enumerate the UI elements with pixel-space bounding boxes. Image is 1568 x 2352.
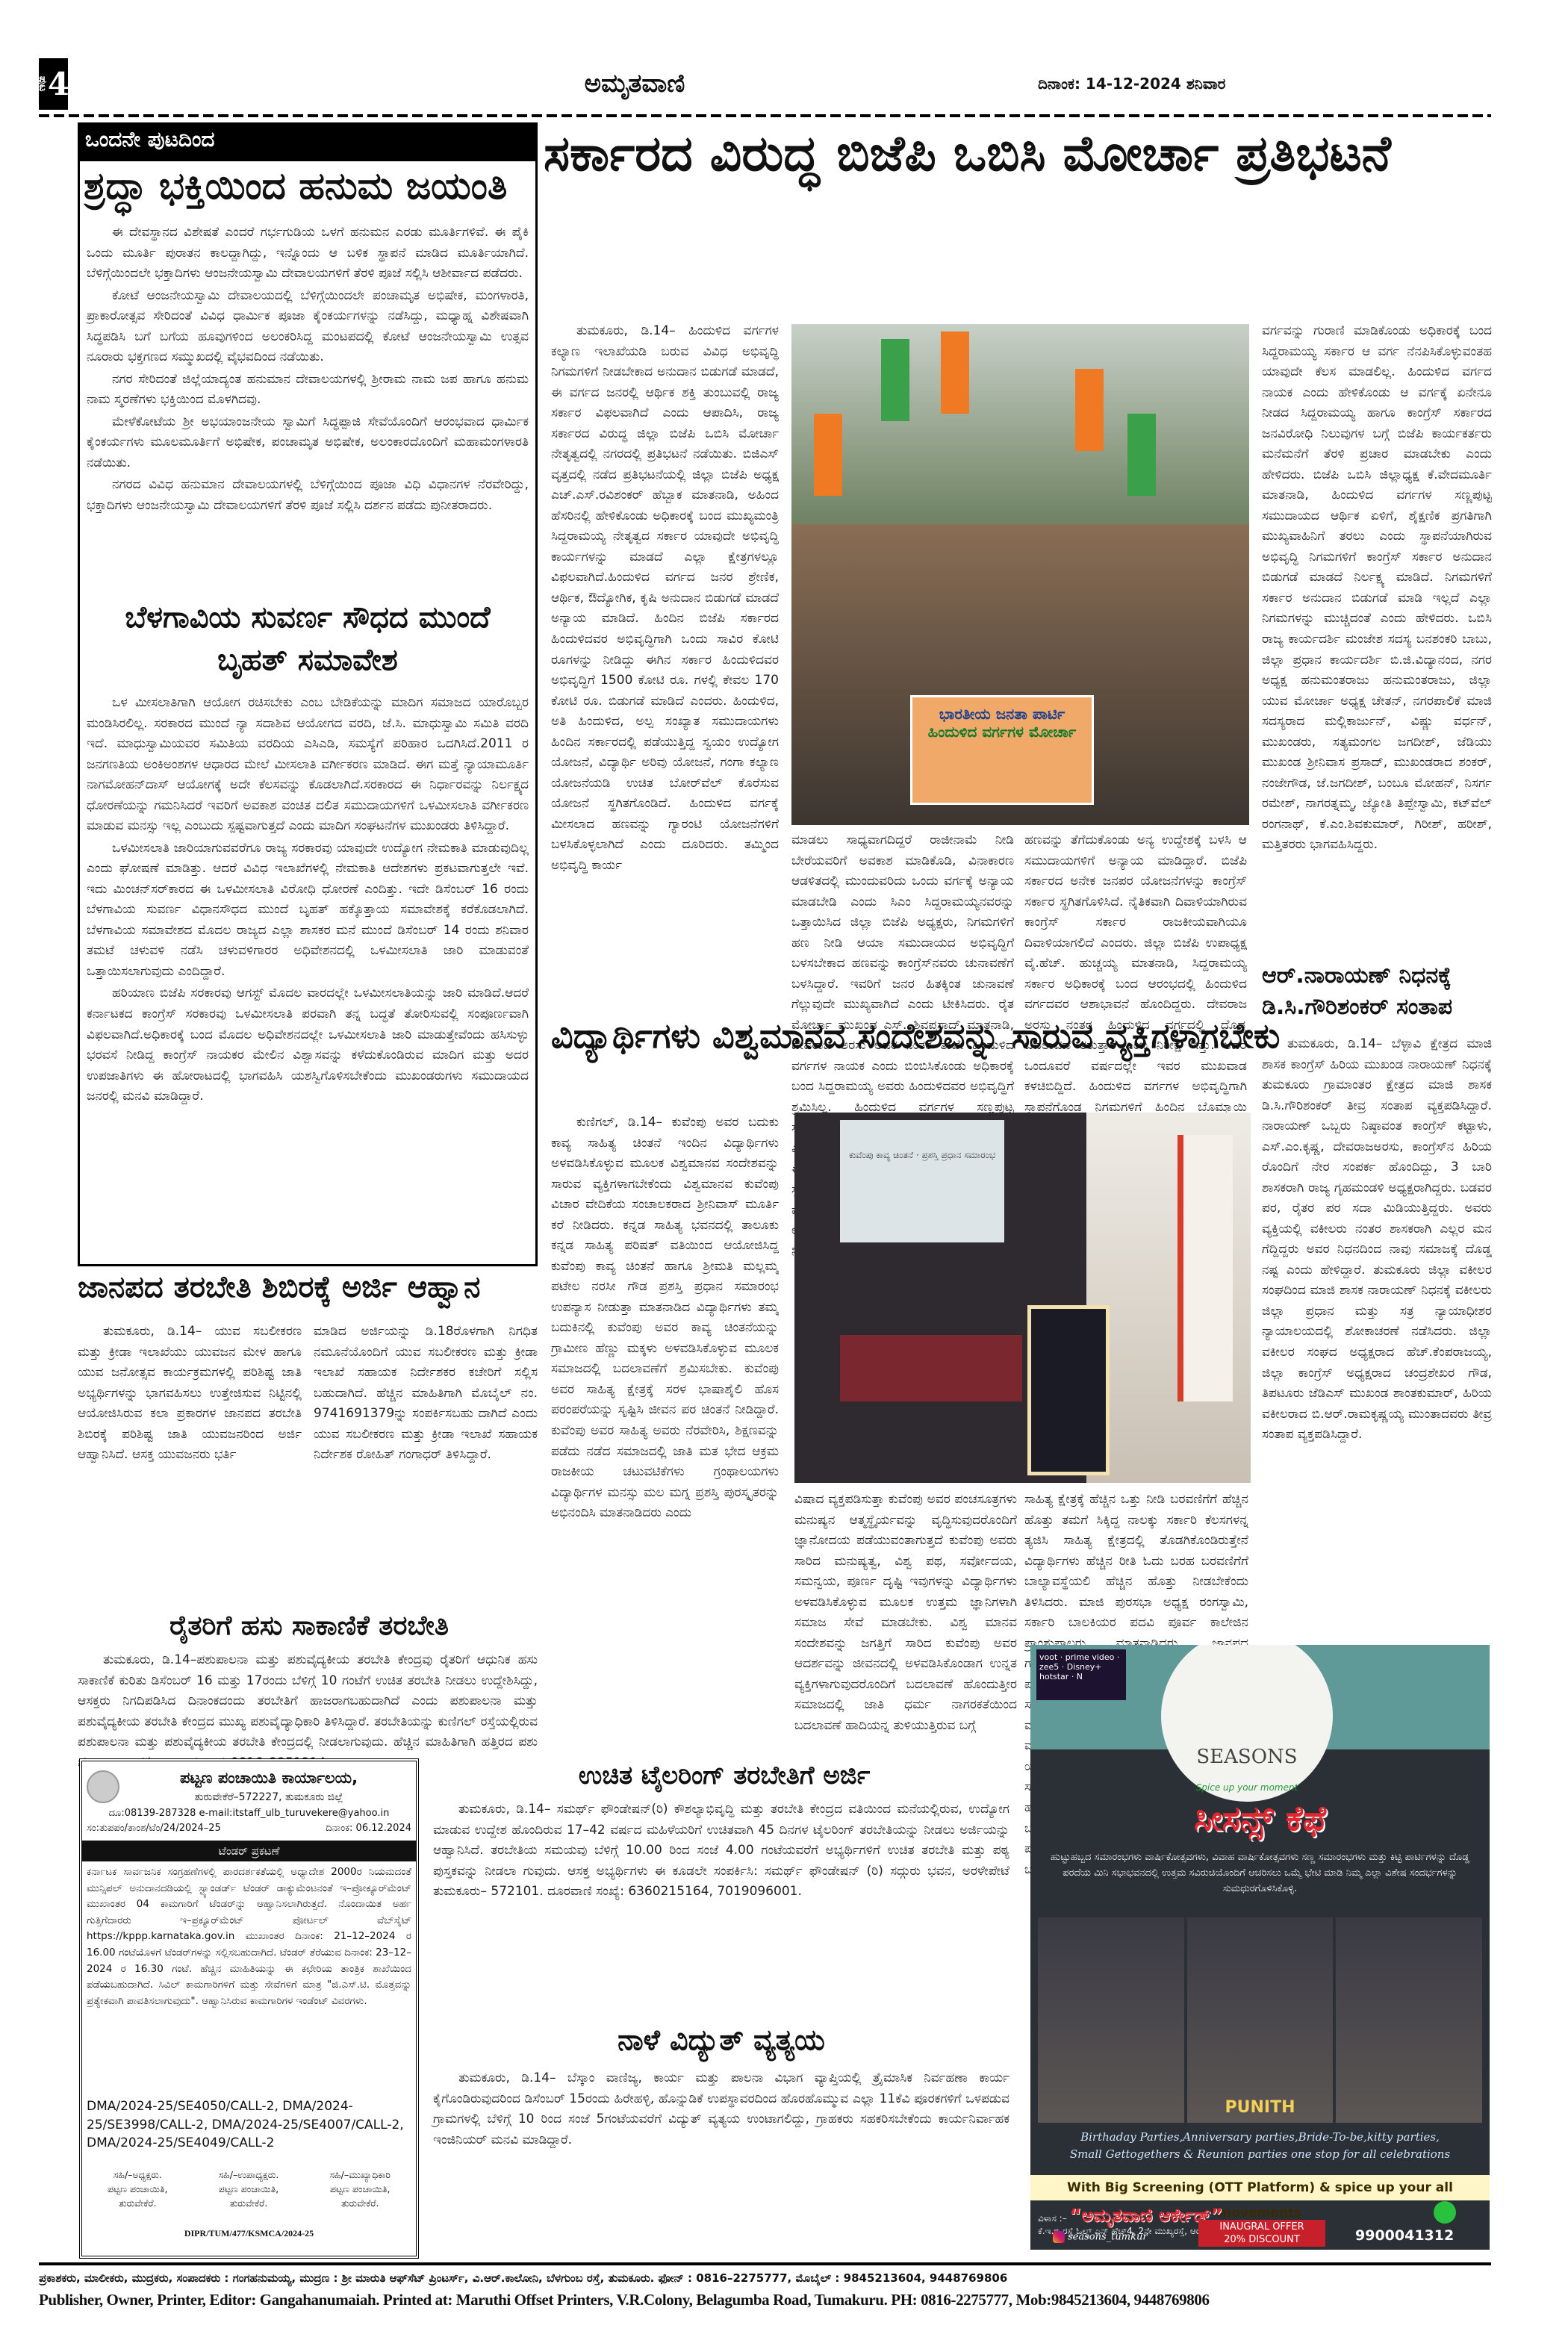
tailoring-article: ತುಮಕೂರು, ಡಿ.14– ಸಮರ್ಥ್ ಫೌಂಡೇಷನ್(ರಿ) ಕೌಶಲ… — [433, 1799, 1009, 1903]
janapada-article-col2: ಮಾಡಿದ ಅರ್ಜಿಯನ್ನು ಡಿ.18ರೊಳಗಾಗಿ ನಿಗಧಿತ ನಮೂ… — [314, 1322, 538, 1466]
banner-line: ಹಿಂದುಳಿದ ವರ್ಗಗಳ ಮೋರ್ಚಾ — [912, 723, 1091, 741]
tender-notice: ಪಟ್ಟಣ ಪಂಚಾಯಿತಿ ಕಾರ್ಯಾಲಯ, ತುರುವೇಕೆರೆ–5722… — [79, 1758, 419, 2259]
protest-banner: ಭಾರತೀಯ ಜನತಾ ಪಾರ್ಟಿ ಹಿಂದುಳಿದ ವರ್ಗಗಳ ಮೋರ್ಚ… — [910, 695, 1093, 806]
tender-office: ಪಟ್ಟಣ ಪಂಚಾಯಿತಿ ಕಾರ್ಯಾಲಯ, — [127, 1769, 411, 1788]
tender-ref-row: ಸಂ:ತುಪಪಂ/ತಾಂಶ/ಟೆಂ/24/2024–25 ದಿನಾಂಕ: 06.… — [82, 1823, 416, 1839]
flag-icon — [941, 332, 969, 414]
ott-screening-banner: With Big Screening (OTT Platform) & spic… — [1030, 2175, 1490, 2200]
janapada-headline: ಜಾನಪದ ತರಬೇತಿ ಶಿಬಿರಕ್ಕೆ ಅರ್ಜಿ ಆಹ್ವಾನ — [78, 1271, 541, 1304]
tender-body: ಕರ್ನಾಟಕ ಸಾರ್ವಜನಿಕ ಸಂಗ್ರಹಣೆಗಳಲ್ಲಿ ಪಾರದರ್ಶ… — [82, 1864, 416, 2009]
signatory: ಸಹಿ/–ಉಪಾಧ್ಯಕ್ಷರು.ಪಟ್ಟಣ ಪಂಚಾಯಿತಿ,ತುರುವೇಕೆ… — [219, 2168, 279, 2210]
venue-photo-grid: PUNITH — [1038, 1917, 1482, 2123]
name-marquee: PUNITH — [1187, 2098, 1334, 2117]
masthead: ಅಮೃತವಾಣಿ — [448, 69, 821, 99]
ad-description: ಹುಟ್ಟುಹಬ್ಬದ ಸಮಾರಂಭಗಳು ವಾರ್ಷಿಕೋತ್ಸವಗಳು, ವ… — [1045, 1850, 1475, 1897]
whatsapp-icon — [1434, 2201, 1456, 2224]
ad-phone: 9900041312 — [1355, 2227, 1454, 2244]
article-paragraph: ನಗರ ಸೇರಿದಂತೆ ಜಿಲ್ಲೆಯಾದ್ಯಂತ ಹನುಮಾನ ದೇವಾಲಯ… — [87, 370, 529, 411]
venue-photo — [1038, 1917, 1184, 2123]
tree-logo-icon — [1161, 1645, 1333, 1802]
banner-line: ಭಾರತೀಯ ಜನತಾ ಪಾರ್ಟಿ — [912, 705, 1091, 723]
flag-icon — [1127, 414, 1156, 496]
kuvempu-event-photo: ಕುವೆಂಪು ಕಾವ್ಯ ಚಿಂತನೆ · ಪ್ರಶಸ್ತಿ ಪ್ರಧಾನ ಸ… — [794, 1113, 1251, 1483]
protest-photo: ಭಾರತೀಯ ಜನತಾ ಪಾರ್ಟಿ ಹಿಂದುಳಿದ ವರ್ಗಗಳ ಮೋರ್ಚ… — [791, 324, 1249, 825]
kuvempu-article-col1: ಕುಣಿಗಲ್, ಡಿ.14– ಕುವೆಂಪು ಅವರ ಬದುಕು ಕಾವ್ಯ … — [551, 1113, 779, 1620]
belagavi-headline-line1: ಬೆಳಗಾವಿಯ ಸುವರ್ಣ ಸೌಧದ ಮುಂದೆ — [84, 601, 532, 634]
inaugural-offer: INAUGRAL OFFER 20% DISCOUNT — [1198, 2220, 1325, 2247]
govt-emblem-icon — [87, 1770, 119, 1803]
speaker-figure — [1177, 1135, 1232, 1401]
tender-signatories: ಸಹಿ/–ಅಧ್ಯಕ್ಷರು.ಪಟ್ಟಣ ಪಂಚಾಯಿತಿ,ತುರುವೇಕೆರೆ… — [82, 2168, 416, 2210]
signatory: ಸಹಿ/–ಮುಖ್ಯಾಧಿಕಾರಿಪಟ್ಟಣ ಪಂಚಾಯಿತಿ,ತುರುವೇಕೆ… — [329, 2168, 391, 2210]
dipr-code: DIPR/TUM/477/KSMCA/2024-25 — [82, 2228, 416, 2239]
seasons-cafe-ad: voot · prime video · zee5 · Disney+ hots… — [1030, 1645, 1490, 2250]
venue-photo: PUNITH — [1187, 1917, 1334, 2123]
main-article-col4: ವರ್ಗವನ್ನು ಗುರಾಣಿ ಮಾಡಿಕೊಂಡು ಅಧಿಕಾರಕ್ಕೆ ಬಂ… — [1262, 321, 1492, 941]
tender-codes: DMA/2024-25/SE4050/CALL-2, DMA/2024-25/S… — [82, 2097, 416, 2153]
garlanded-portrait — [1027, 1305, 1110, 1475]
instagram-handle: seasons_tumkur — [1053, 2231, 1148, 2243]
main-headline: ಸರ್ಕಾರದ ವಿರುದ್ಧ ಬಿಜೆಪಿ ಒಬಿಸಿ ಮೋರ್ಚಾ ಪ್ರತ… — [544, 127, 1493, 181]
belagavi-headline-line2: ಬೃಹತ್ ಸಮಾವೇಶ — [84, 644, 532, 676]
footer-divider — [39, 2262, 1491, 2265]
instagram-icon — [1053, 2231, 1065, 2243]
header-divider — [39, 114, 1491, 117]
flag-icon — [881, 339, 909, 421]
page-label: ಪುಟ — [37, 76, 48, 92]
issue-date: ದಿನಾಂಕ: 14-12-2024 ಶನಿವಾರ — [1038, 75, 1456, 93]
dais-table — [840, 1335, 1022, 1401]
cafe-tagline: Spice up your moment — [1161, 1782, 1333, 1793]
narayan-headline-line1: ಆರ್.ನಾರಾಯಣ್ ನಿಧನಕ್ಕೆ — [1262, 963, 1493, 988]
power-cut-headline: ನಾಳೆ ವಿದ್ಯುತ್ ವ್ಯತ್ಯಯ — [433, 2025, 1009, 2056]
tender-address: ತುರುವೇಕೆರೆ–572227, ತುಮಕೂರು ಜಿಲ್ಲೆ — [127, 1791, 411, 1803]
tender-title: ಟೆಂಡರ್ ಪ್ರಕಟಣೆ — [82, 1841, 416, 1861]
cattle-training-headline: ರೈತರಿಗೆ ಹಸು ಸಾಕಾಣಿಕೆ ತರಬೇತಿ — [78, 1611, 541, 1641]
flag-icon — [1075, 369, 1104, 451]
venue-photo — [1336, 1917, 1482, 2123]
article-paragraph: ನಗರದ ವಿವಿಧ ಹನುಮಾನ ದೇವಾಲಯಗಳಲ್ಲಿ ಬೆಳಿಗ್ಗೆಯ… — [87, 475, 529, 516]
cafe-logo-text: SEASONS — [1161, 1746, 1333, 1768]
event-backdrop: ಕುವೆಂಪು ಕಾವ್ಯ ಚಿಂತನೆ · ಪ್ರಶಸ್ತಿ ಪ್ರಧಾನ ಸ… — [840, 1120, 1004, 1242]
cattle-training-article: ತುಮಕೂರು, ಡಿ.14–ಪಶುಪಾಲನಾ ಮತ್ತು ಪಶುವೈದ್ಯಕೀ… — [78, 1650, 538, 1773]
signatory: ಸಹಿ/–ಅಧ್ಯಕ್ಷರು.ಪಟ್ಟಣ ಪಂಚಾಯಿತಿ,ತುರುವೇಕೆರೆ… — [108, 2168, 167, 2210]
photo-background — [791, 324, 1249, 524]
narayan-headline-line2: ಡಿ.ಸಿ.ಗೌರಿಶಂಕರ್ ಸಂತಾಪ — [1262, 995, 1493, 1019]
article-paragraph: ಕೋಟೆ ಆಂಜನೇಯಸ್ವಾಮಿ ದೇವಾಲಯದಲ್ಲಿ ಬೆಳಿಗ್ಗೆಯಿ… — [87, 286, 529, 368]
imprint-kannada: ಪ್ರಕಾಶಕರು, ಮಾಲೀಕರು, ಮುದ್ರಕರು, ಸಂಪಾದಕರು :… — [39, 2271, 1491, 2285]
janapada-article-col1: ತುಮಕೂರು, ಡಿ.14– ಯುವ ಸಬಲೀಕರಣ ಮತ್ತು ಕ್ರೀಡಾ… — [78, 1322, 302, 1466]
kuvempu-headline: ವಿದ್ಯಾರ್ಥಿಗಳು ವಿಶ್ವಮಾನವ ಸಂದೇಶವನ್ನು ಸಾರುವ… — [551, 1017, 1257, 1055]
article-paragraph: ಹರಿಯಾಣ ಬಿಜೆಪಿ ಸರಕಾರವು ಆಗಸ್ಟ್ ಮೊದಲ ವಾರದಲ್… — [87, 983, 529, 1107]
article-paragraph: ಈ ದೇವಸ್ಥಾನದ ವಿಶೇಷತೆ ಎಂದರೆ ಗರ್ಭಗುಡಿಯ ಒಳಗೆ… — [87, 223, 529, 284]
continued-from-front-label: ಒಂದನೇ ಪುಟದಿಂದ — [78, 122, 538, 161]
ott-logos: voot · prime video · zee5 · Disney+ hots… — [1036, 1649, 1126, 1700]
flag-icon — [814, 414, 842, 496]
article-paragraph: ಮೇಳೆಕೋಟೆಯ ಶ್ರೀ ಅಭಯಾಂಜನೇಯ ಸ್ವಾಮಿಗೆ ಸಿದ್ಧಪ… — [87, 412, 529, 474]
imprint-english: Publisher, Owner, Printer, Editor: Ganga… — [39, 2291, 1491, 2309]
article-paragraph: ಒಳಮೀಸಲಾತಿ ಜಾರಿಯಾಗುವವರೆಗೂ ರಾಜ್ಯ ಸರಕಾರವು ಯ… — [87, 839, 529, 983]
tender-contact: ದೂ:08139-287328 e-mail:itstaff_ulb_turuv… — [82, 1808, 416, 1819]
power-cut-article: ತುಮಕೂರು, ಡಿ.14– ಬೆಸ್ಕಾಂ ವಾಣಿಜ್ಯ, ಕಾರ್ಯ ಮ… — [433, 2068, 1009, 2150]
tailoring-headline: ಉಚಿತ ಟೈಲರಿಂಗ್ ತರಬೇತಿಗೆ ಅರ್ಜಿ — [433, 1762, 1015, 1790]
belagavi-article: ಒಳ ಮೀಸಲಾತಿಗಾಗಿ ಆಯೋಗ ರಚಿಸಬೇಕು ಎಂಬ ಬೇಡಿಕೆಯ… — [87, 693, 529, 1109]
page-number-box: ಪುಟ 4 — [39, 58, 68, 110]
main-article-col1: ತುಮಕೂರು, ಡಿ.14– ಹಿಂದುಳಿದ ವರ್ಗಗಳ ಕಲ್ಯಾಣ ಇ… — [551, 321, 779, 876]
narayan-article: ತುಮಕೂರು, ಡಿ.14– ಬೆಳ್ಳಾವಿ ಕ್ಷೇತ್ರದ ಮಾಜಿ ಶ… — [1262, 1034, 1492, 1631]
tender-ref-number: ಸಂ:ತುಪಪಂ/ತಾಂಶ/ಟೆಂ/24/2024–25 — [87, 1823, 221, 1839]
hanuma-jayanthi-headline: ಶ್ರದ್ಧಾ ಭಕ್ತಿಯಿಂದ ಹನುಮ ಜಯಂತಿ — [84, 166, 532, 207]
article-paragraph: ಒಳ ಮೀಸಲಾತಿಗಾಗಿ ಆಯೋಗ ರಚಿಸಬೇಕು ಎಂಬ ಬೇಡಿಕೆಯ… — [87, 693, 529, 837]
hanuma-jayanthi-article: ಈ ದೇವಸ್ಥಾನದ ವಿಶೇಷತೆ ಎಂದರೆ ಗರ್ಭಗುಡಿಯ ಒಳಗೆ… — [87, 223, 529, 517]
party-types: Birthaday Parties,Anniversary parties,Br… — [1038, 2129, 1482, 2162]
page-number: 4 — [48, 69, 69, 100]
tender-date: ದಿನಾಂಕ: 06.12.2024 — [326, 1823, 411, 1839]
cafe-title-kannada: ಸೀಸನ್ಸ್ ಕೆಫೆ — [1030, 1798, 1490, 1840]
